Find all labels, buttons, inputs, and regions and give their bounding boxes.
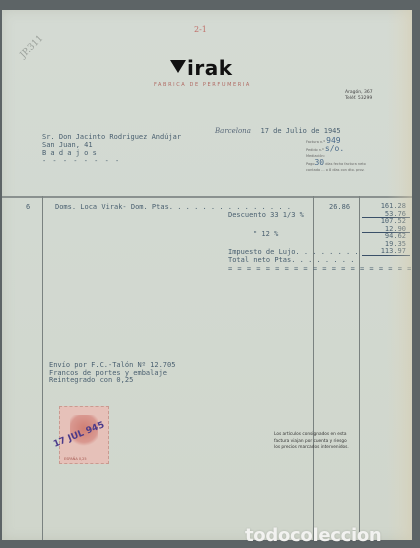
item-description: Doms. Loca Virak- Dom. Ptas. . . . . . .… [55,203,291,211]
pago-note: días fecha factura neto [325,162,366,166]
invoice-date: Barcelona 17 de Julio de 1945 [215,118,341,137]
recipient-street: San Juan, 41 [42,141,181,149]
pencil-annotation: JP.311 [19,34,46,61]
amount-column: 161.28 53.76 107.52 12.90 94.62 19.35 11… [364,203,406,256]
pedido-label: Pedido n.º [306,148,324,152]
brand-logo: irak [170,56,233,80]
total-label: Total neto Ptas. . . . . . . . [228,256,354,264]
luxury-tax-label: Impuesto de Lujo. . . . . . . . [228,248,359,256]
recipient-city: B a d a j o s [42,149,181,157]
footer-note-line-1: Los artículos consignados en esta [274,432,349,439]
column-rule-qty [42,196,43,540]
column-rule-amount [359,196,360,540]
total-rule [362,255,410,256]
red-annotation: 2-1 [194,25,207,34]
stamp-caption: ESPAÑA 0,25 [64,457,87,461]
address-phone: Teléf. 53299 [345,96,373,102]
shipping-line-3: Reintegrado con 0,25 [49,377,175,385]
discount-2-label: " 12 % [253,230,278,238]
invoice-meta: Factura n.º 949 Pedido n.º s/o. Mediació… [306,138,366,174]
recipient-underline: - - - - - - - - [42,157,181,165]
pedido-number: s/o. [325,144,344,153]
table-top-rule [2,196,412,198]
revenue-stamp: 17 JUL 945 ESPAÑA 0,25 [59,406,109,464]
brand-name: irak [187,56,233,80]
footer-note-line-3: los precios marcados intervenidos. [274,445,349,452]
equals-rule: = = = = = = = = = = = = = = = = = = = = [228,265,412,273]
date-city: Barcelona [215,127,251,135]
recipient-block: Sr. Don Jacinto Rodriguez Andújar San Ju… [42,133,181,165]
logo-triangle-icon [170,60,186,73]
item-unit-price: 26.86 [329,203,350,211]
invoice-sheet: JP.311 2-1 irak FABRICA DE PERFUMERIA Ar… [2,10,412,540]
date-text: 17 de Julio de 1945 [261,127,341,135]
factura-label: Factura n.º [306,140,325,144]
discount-1-label: Descuento 33 1/3 % [228,211,304,219]
company-address: Aragón, 367 Teléf. 53299 [345,90,373,102]
footer-note: Los artículos consignados en esta factur… [274,432,349,452]
pago-note-2: contado ... o 8 días con dto. prov. [306,167,366,174]
shipping-notes: Envío por F.C.-Talón Nº 12.705 Francos d… [49,362,175,385]
brand-tagline: FABRICA DE PERFUMERIA [154,82,251,88]
subtotal-rule-1 [362,217,410,218]
watermark: todocoleccion [245,525,381,546]
subtotal-rule-2 [362,232,410,233]
pago-days: 30 [314,158,324,167]
item-qty: 6 [26,203,30,211]
recipient-name: Sr. Don Jacinto Rodriguez Andújar [42,133,181,141]
